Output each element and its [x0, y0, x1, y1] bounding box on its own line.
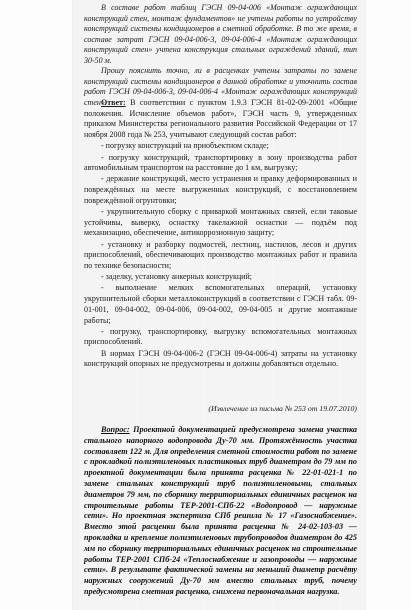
answer-list-item: - выполнение мелких вспомогательных опер… [84, 283, 357, 326]
answer-closing-paragraph: В нормах ГЭСН 09-04-006-2 (ГЭСН 09-04-00… [84, 349, 357, 370]
answer-intro-paragraph: Ответ: В соответствии с пунктом 1.9.3 ГЭ… [84, 98, 357, 141]
question-label: Вопрос: [101, 425, 130, 434]
answer-section: Ответ: В соответствии с пунктом 1.9.3 ГЭ… [84, 98, 357, 370]
answer-list-item: - погрузку конструкций, транспортировку … [84, 153, 357, 174]
answer-list-item: - укрупнительную сборку с приваркой монт… [84, 207, 357, 239]
source-reference-line: (Извлечение из письма № 253 от 19.07.201… [84, 404, 357, 415]
answer-list-item: - погрузку, транспортировку, выгрузку вс… [84, 327, 357, 348]
question-intro-section: В составе работ таблиц ГЭСН 09-04-006 «М… [84, 3, 357, 108]
question-section: Вопрос: Проектной документацией предусмо… [84, 425, 357, 598]
answer-list-item: - заделку, установку анкерных конструкци… [84, 272, 357, 283]
question-paragraph: Вопрос: Проектной документацией предусмо… [84, 425, 357, 598]
answer-list-item: - держание конструкций, место устранения… [84, 174, 357, 206]
question-text: Проектной документацией предусмотрена за… [84, 425, 357, 596]
answer-list-item: - установку и разборку подмостей, лестни… [84, 240, 357, 272]
scanned-document-page: В составе работ таблиц ГЭСН 09-04-006 «М… [0, 0, 411, 610]
question-intro-paragraph-1: В составе работ таблиц ГЭСН 09-04-006 «М… [84, 3, 357, 66]
answer-list-item: - погрузку конструкций на приобъектном с… [84, 141, 357, 152]
document-text-column: В составе работ таблиц ГЭСН 09-04-006 «М… [84, 0, 357, 610]
answer-label: Ответ: [101, 98, 126, 107]
